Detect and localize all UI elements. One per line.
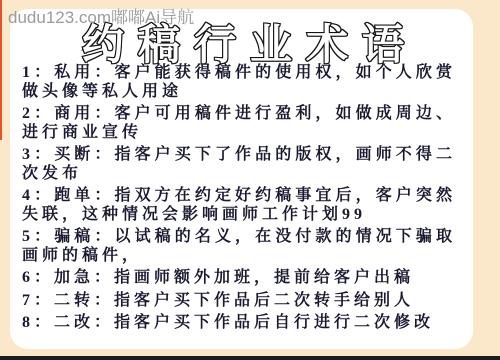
term-item-1: 1：私用：客户能获得稿件的使用权，如个人欣赏做头像等私人用途 (22, 64, 456, 101)
term-item-8: 8：二改：指客户买下作品后自行进行二次修改 (22, 314, 456, 333)
term-item-5: 5：骗稿：以试稿的名义，在没付款的情况下骗取画师的稿件， (22, 228, 456, 265)
term-item-2: 2：商用：客户可用稿件进行盈利，如做成周边、进行商业宣传 (22, 105, 456, 142)
term-item-6: 6：加急：指画师额外加班，提前给客户出稿 (22, 269, 456, 288)
terms-list: 1：私用：客户能获得稿件的使用权，如个人欣赏做头像等私人用途 2：商用：客户可用… (22, 64, 456, 337)
term-item-4: 4：跑单：指双方在约定好约稿事宜后，客户突然失联，这种情况会影响画师工作计划99 (22, 187, 456, 224)
poster-page: dudu123.com嘟嘟Ai导航 约稿行业术语 1：私用：客户能获得稿件的使用… (0, 0, 500, 360)
term-item-3: 3：买断：指客户买下了作品的版权，画师不得二次发布 (22, 146, 456, 183)
bottom-edge-strip (0, 356, 500, 360)
term-item-7: 7：二转：指客户买下作品后二次转手给别人 (22, 292, 456, 311)
watermark-text: dudu123.com嘟嘟Ai导航 (8, 3, 194, 28)
